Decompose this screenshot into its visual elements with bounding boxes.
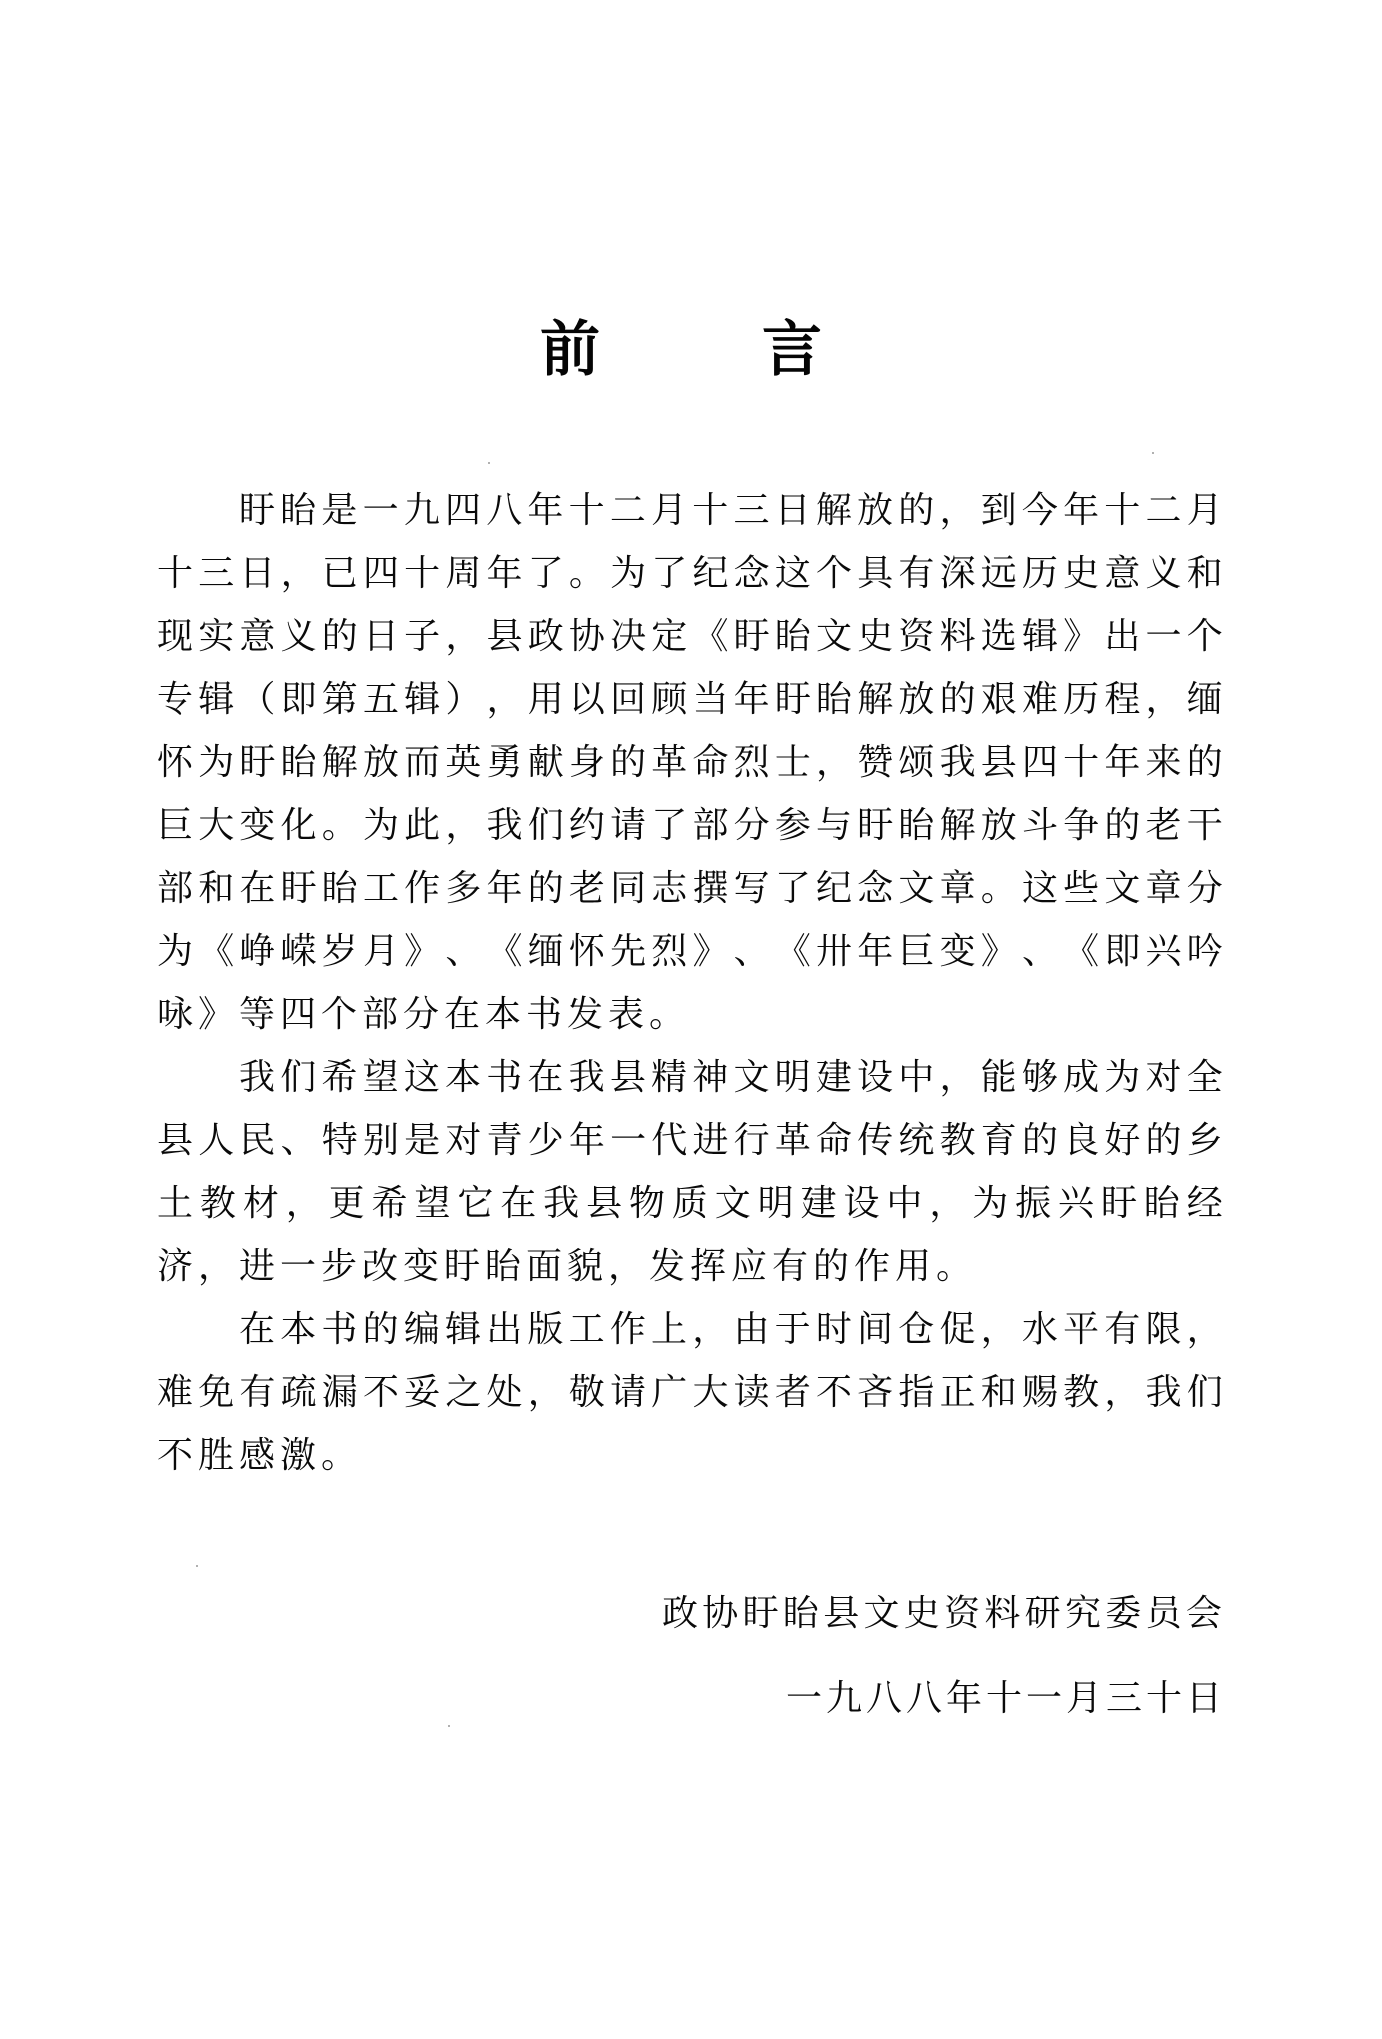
glyph: 四 xyxy=(445,485,481,548)
glyph: 工 xyxy=(569,1304,605,1367)
glyph: 在 xyxy=(239,863,275,926)
glyph: 历 xyxy=(1022,548,1058,611)
glyph: 中 xyxy=(886,1178,922,1241)
text-line: 县人民、特别是对青少年一代进行革命传统教育的良好的乡 xyxy=(157,1115,1223,1178)
glyph: 明 xyxy=(758,1178,794,1241)
glyph: 年 xyxy=(1063,485,1099,548)
glyph: 年 xyxy=(527,485,563,548)
glyph: 和 xyxy=(981,1367,1017,1430)
glyph: 解 xyxy=(322,737,358,800)
glyph: 为 xyxy=(157,926,193,989)
glyph: 十 xyxy=(1104,485,1140,548)
glyph: 步 xyxy=(321,1241,362,1304)
glyph: 。 xyxy=(936,1241,977,1304)
glyph: 们 xyxy=(528,800,564,863)
glyph: 、 xyxy=(734,926,770,989)
glyph: 史 xyxy=(857,611,893,674)
glyph: 的 xyxy=(363,1304,399,1367)
glyph: 此 xyxy=(404,800,440,863)
glyph: 身 xyxy=(569,737,605,800)
glyph: 意 xyxy=(239,611,275,674)
glyph: 当 xyxy=(692,674,728,737)
glyph: 颂 xyxy=(898,737,934,800)
glyph: ， xyxy=(528,1367,564,1430)
glyph: ， xyxy=(198,1241,239,1304)
glyph: 表 xyxy=(608,989,649,1052)
glyph: 十 xyxy=(569,485,605,548)
glyph: 一 xyxy=(610,1115,646,1178)
text-line: 现实意义的日子，县政协决定《盱眙文史资料选辑》出一个 xyxy=(157,611,1223,674)
glyph: 年 xyxy=(857,926,893,989)
glyph: 勇 xyxy=(487,737,523,800)
glyph: 第 xyxy=(322,674,358,737)
glyph: 日 xyxy=(363,611,399,674)
glyph: 《 xyxy=(198,926,234,989)
glyph: 这 xyxy=(404,1052,440,1115)
glyph: 盱 xyxy=(239,737,275,800)
glyph: 版 xyxy=(527,1304,563,1367)
glyph: 本 xyxy=(445,1052,481,1115)
glyph: 艰 xyxy=(981,674,1017,737)
glyph: 今 xyxy=(1022,485,1058,548)
glyph: 县 xyxy=(981,737,1017,800)
glyph: 指 xyxy=(898,1367,934,1430)
glyph: 三 xyxy=(733,485,769,548)
signature-date: 一九八八年十一月三十日 xyxy=(786,1673,1222,1725)
glyph: 的 xyxy=(610,737,646,800)
glyph: ， xyxy=(1104,1367,1140,1430)
glyph: 为 xyxy=(972,1178,1008,1241)
glyph: 一 xyxy=(1146,611,1182,674)
glyph: ） xyxy=(445,674,481,737)
glyph: 干 xyxy=(1187,800,1223,863)
glyph: 文 xyxy=(733,1052,769,1115)
glyph: 变 xyxy=(403,1241,444,1304)
glyph: 》 xyxy=(1063,611,1099,674)
glyph: 兴 xyxy=(1058,1178,1094,1241)
glyph: 文 xyxy=(898,863,934,926)
glyph: 眙 xyxy=(775,611,811,674)
glyph: 回 xyxy=(610,674,646,737)
glyph: 建 xyxy=(801,1178,837,1241)
text-line: 我们希望这本书在我县精神文明建设中，能够成为对全 xyxy=(157,1052,1223,1115)
glyph: 有 xyxy=(1104,1304,1140,1367)
glyph: 作 xyxy=(610,1304,646,1367)
glyph: 史 xyxy=(904,1588,940,1673)
glyph: 《 xyxy=(692,611,728,674)
glyph: 义 xyxy=(1146,548,1182,611)
glyph: 章 xyxy=(1146,863,1182,926)
glyph: 辑 xyxy=(404,674,440,737)
glyph: 我 xyxy=(940,737,976,800)
glyph: 化 xyxy=(281,800,317,863)
glyph: 九 xyxy=(404,485,440,548)
glyph: 文 xyxy=(863,1588,899,1673)
glyph: 十 xyxy=(157,548,193,611)
signature-block: 政协盱眙县文史资料研究委员会 一九八八年十一月三十日 xyxy=(662,1588,1222,1725)
glyph: 的 xyxy=(1022,1115,1058,1178)
scan-speck xyxy=(448,1725,450,1727)
glyph: 改 xyxy=(362,1241,403,1304)
glyph: 对 xyxy=(445,1115,481,1178)
glyph: 用 xyxy=(528,674,564,737)
glyph: 书 xyxy=(526,989,567,1052)
glyph: 变 xyxy=(239,800,275,863)
glyph: 会 xyxy=(1186,1588,1222,1673)
glyph: 《 xyxy=(775,926,811,989)
glyph: 的 xyxy=(940,674,976,737)
glyph: 不 xyxy=(816,1367,852,1430)
glyph: 妥 xyxy=(404,1367,440,1430)
glyph: 意 xyxy=(1104,548,1140,611)
glyph: 命 xyxy=(816,1115,852,1178)
glyph: 料 xyxy=(984,1588,1020,1673)
glyph: 在 xyxy=(239,1304,275,1367)
glyph: 协 xyxy=(702,1588,738,1673)
glyph: 少 xyxy=(528,1115,564,1178)
glyph: 这 xyxy=(1022,863,1058,926)
glyph: ， xyxy=(286,1178,322,1241)
glyph: 精 xyxy=(651,1052,687,1115)
glyph: 十 xyxy=(1146,1673,1182,1725)
glyph: 好 xyxy=(1104,1115,1140,1178)
glyph: 在 xyxy=(444,989,485,1052)
glyph: 育 xyxy=(981,1115,1017,1178)
glyph: 特 xyxy=(322,1115,358,1178)
glyph: 革 xyxy=(651,737,687,800)
glyph: 作 xyxy=(404,863,440,926)
glyph: 委 xyxy=(1105,1588,1141,1673)
text-line: 咏》等四个部分在本书发表。 xyxy=(157,989,1223,1052)
glyph: 九 xyxy=(826,1673,862,1725)
glyph: 斗 xyxy=(1022,800,1058,863)
glyph: 成 xyxy=(1063,1052,1099,1115)
glyph: 日 xyxy=(239,548,275,611)
glyph: 经 xyxy=(1187,1178,1223,1241)
glyph: 望 xyxy=(414,1178,450,1241)
text-line: 怀为盱眙解放而英勇献身的革命烈士，赞颂我县四十年来的 xyxy=(157,737,1223,800)
glyph: 编 xyxy=(404,1304,440,1367)
glyph: 代 xyxy=(651,1115,687,1178)
glyph: 一 xyxy=(786,1673,822,1725)
glyph: 分 xyxy=(1187,863,1223,926)
glyph: 义 xyxy=(281,611,317,674)
glyph: 和 xyxy=(1187,548,1223,611)
text-line: 盱眙是一九四八年十二月十三日解放的，到今年十二月 xyxy=(157,485,1223,548)
glyph: 实 xyxy=(198,611,234,674)
text-line: 在本书的编辑出版工作上，由于时间仓促，水平有限， xyxy=(157,1304,1223,1367)
glyph: 了 xyxy=(775,863,811,926)
glyph: 巨 xyxy=(157,800,193,863)
glyph: 资 xyxy=(944,1588,980,1673)
glyph: 年 xyxy=(487,548,523,611)
glyph: 》 xyxy=(198,989,239,1052)
glyph: 。 xyxy=(569,548,605,611)
glyph: 革 xyxy=(775,1115,811,1178)
glyph: 部 xyxy=(692,800,728,863)
glyph: 协 xyxy=(569,611,605,674)
glyph: 书 xyxy=(486,1052,522,1115)
glyph: 处 xyxy=(487,1367,523,1430)
glyph: 难 xyxy=(157,1367,193,1430)
glyph: 顾 xyxy=(651,674,687,737)
paragraph-3: 在本书的编辑出版工作上，由于时间仓促，水平有限， 难免有疏漏不妥之处，敬请广大读… xyxy=(157,1304,1223,1493)
glyph: 统 xyxy=(898,1115,934,1178)
glyph: 盱 xyxy=(239,485,275,548)
glyph: 眙 xyxy=(281,737,317,800)
glyph: 土 xyxy=(157,1178,193,1241)
glyph: 出 xyxy=(1104,611,1140,674)
glyph: 英 xyxy=(445,737,481,800)
glyph: 远 xyxy=(981,548,1017,611)
glyph: 争 xyxy=(1063,800,1099,863)
glyph: 县 xyxy=(487,611,523,674)
glyph: 写 xyxy=(734,863,770,926)
glyph: 为 xyxy=(610,548,646,611)
glyph: 进 xyxy=(692,1115,728,1178)
glyph: 辑 xyxy=(198,674,234,737)
glyph: 放 xyxy=(981,800,1017,863)
glyph: 疏 xyxy=(281,1367,317,1430)
glyph: 更 xyxy=(329,1178,365,1241)
glyph: 参 xyxy=(775,800,811,863)
glyph: 时 xyxy=(816,1304,852,1367)
glyph: 书 xyxy=(321,1304,357,1367)
glyph: 》 xyxy=(404,926,440,989)
glyph: 眙 xyxy=(280,485,316,548)
glyph: 济 xyxy=(157,1241,198,1304)
glyph: 即 xyxy=(281,674,317,737)
scan-speck xyxy=(488,462,490,464)
glyph: 政 xyxy=(528,611,564,674)
glyph: ， xyxy=(608,1241,649,1304)
glyph: ， xyxy=(939,485,975,548)
glyph: 五 xyxy=(363,674,399,737)
glyph: 限 xyxy=(1145,1304,1181,1367)
glyph: 眙 xyxy=(322,863,358,926)
glyph: 民 xyxy=(239,1115,275,1178)
glyph: 、 xyxy=(1022,926,1058,989)
glyph: 四 xyxy=(363,548,399,611)
glyph: 纪 xyxy=(816,863,852,926)
glyph: 四 xyxy=(280,989,321,1052)
glyph: 三 xyxy=(198,548,234,611)
glyph: 一 xyxy=(280,1241,321,1304)
glyph: 盱 xyxy=(444,1241,485,1304)
glyph: 缅 xyxy=(528,926,564,989)
glyph: 有 xyxy=(239,1367,275,1430)
glyph: 中 xyxy=(898,1052,934,1115)
glyph: ， xyxy=(929,1178,965,1241)
glyph: 们 xyxy=(1187,1367,1223,1430)
glyph: ， xyxy=(1146,674,1182,737)
glyph: 研 xyxy=(1025,1588,1061,1673)
paragraph-1: 盱眙是一九四八年十二月十三日解放的，到今年十二月 十三日，已四十周年了。为了纪念… xyxy=(157,485,1223,1052)
glyph: 盱 xyxy=(857,800,893,863)
glyph: 设 xyxy=(844,1178,880,1241)
glyph: 盱 xyxy=(281,863,317,926)
glyph: 们 xyxy=(280,1052,316,1115)
glyph: 放 xyxy=(898,674,934,737)
glyph: 敬 xyxy=(569,1367,605,1430)
glyph: 为 xyxy=(363,800,399,863)
glyph: 一 xyxy=(363,485,399,548)
glyph: 吝 xyxy=(857,1367,893,1430)
glyph: 平 xyxy=(1063,1304,1099,1367)
glyph: 由 xyxy=(733,1304,769,1367)
text-line: 巨大变化。为此，我们约请了部分参与盱眙解放斗争的老干 xyxy=(157,800,1223,863)
glyph: 眙 xyxy=(783,1588,819,1673)
glyph: 教 xyxy=(200,1178,236,1241)
glyph: 卅 xyxy=(816,926,852,989)
glyph: 人 xyxy=(198,1115,234,1178)
glyph: 月 xyxy=(1066,1673,1102,1725)
glyph: 免 xyxy=(198,1367,234,1430)
glyph: 岁 xyxy=(322,926,358,989)
glyph: 八 xyxy=(486,485,522,548)
glyph: 月 xyxy=(1187,485,1223,548)
glyph: 别 xyxy=(363,1115,399,1178)
glyph: 巨 xyxy=(898,926,934,989)
glyph: 希 xyxy=(372,1178,408,1241)
glyph: 而 xyxy=(404,737,440,800)
glyph: 貌 xyxy=(567,1241,608,1304)
glyph: 了 xyxy=(651,548,687,611)
glyph: 眙 xyxy=(898,800,934,863)
glyph: 专 xyxy=(157,674,193,737)
glyph: 烈 xyxy=(734,737,770,800)
glyph: ， xyxy=(816,737,852,800)
glyph: 感 xyxy=(239,1430,280,1493)
glyph: （ xyxy=(239,674,275,737)
glyph: ， xyxy=(445,800,481,863)
glyph: 撰 xyxy=(692,863,728,926)
glyph: 具 xyxy=(857,548,893,611)
glyph: 日 xyxy=(1186,1673,1222,1725)
scan-speck xyxy=(196,1565,198,1567)
document-page: 前 言 盱眙是一九四八年十二月十三日解放的，到今年十二月 十三日，已四十周年了。… xyxy=(0,0,1382,2039)
glyph: 志 xyxy=(651,863,687,926)
glyph: 应 xyxy=(731,1241,772,1304)
glyph: 分 xyxy=(734,800,770,863)
glyph: 年 xyxy=(946,1673,982,1725)
glyph: 部 xyxy=(157,863,193,926)
glyph: 我 xyxy=(543,1178,579,1241)
glyph: 盱 xyxy=(1101,1178,1137,1241)
glyph: 放 xyxy=(857,485,893,548)
glyph: 来 xyxy=(1146,737,1182,800)
glyph: 文 xyxy=(1104,863,1140,926)
glyph: 已 xyxy=(322,548,358,611)
glyph: 员 xyxy=(1146,1588,1182,1673)
glyph: 吟 xyxy=(1187,926,1223,989)
glyph: 本 xyxy=(485,989,526,1052)
glyph: 全 xyxy=(1187,1052,1223,1115)
glyph: 文 xyxy=(816,611,852,674)
glyph: 盱 xyxy=(775,674,811,737)
glyph: 眙 xyxy=(1144,1178,1180,1241)
glyph: 定 xyxy=(651,611,687,674)
glyph: 《 xyxy=(1063,926,1099,989)
glyph: 的 xyxy=(1146,1115,1182,1178)
glyph: 到 xyxy=(981,485,1017,548)
glyph: 月 xyxy=(651,485,687,548)
glyph: 这 xyxy=(775,548,811,611)
glyph: 赐 xyxy=(1022,1367,1058,1430)
glyph: 缅 xyxy=(1187,674,1223,737)
glyph: ， xyxy=(981,1304,1017,1367)
glyph: 纪 xyxy=(692,548,728,611)
glyph: 了 xyxy=(651,800,687,863)
glyph: 之 xyxy=(445,1367,481,1430)
glyph: 等 xyxy=(239,989,280,1052)
glyph: ， xyxy=(281,548,317,611)
glyph: 眙 xyxy=(485,1241,526,1304)
glyph: 四 xyxy=(1022,737,1058,800)
glyph: 一 xyxy=(1026,1673,1062,1725)
glyph: 行 xyxy=(734,1115,770,1178)
glyph: 间 xyxy=(857,1304,893,1367)
glyph: 辑 xyxy=(445,1304,481,1367)
glyph: 物 xyxy=(629,1178,665,1241)
glyph: 大 xyxy=(692,1367,728,1430)
preface-body: 盱眙是一九四八年十二月十三日解放的，到今年十二月 十三日，已四十周年了。为了纪念… xyxy=(157,485,1223,1493)
glyph: 同 xyxy=(610,863,646,926)
text-line: 部和在盱眙工作多年的老同志撰写了纪念文章。这些文章分 xyxy=(157,863,1223,926)
glyph: 怀 xyxy=(569,926,605,989)
text-line: 济，进一步改变盱眙面貌，发挥应有的作用。 xyxy=(157,1241,1223,1304)
glyph: 二 xyxy=(610,485,646,548)
glyph: 不 xyxy=(157,1430,198,1493)
text-line: 不胜感激。 xyxy=(157,1430,1223,1493)
glyph: 。 xyxy=(981,863,1017,926)
glyph: 面 xyxy=(526,1241,567,1304)
glyph: 出 xyxy=(486,1304,522,1367)
glyph: 现 xyxy=(157,611,193,674)
glyph: 以 xyxy=(569,674,605,737)
glyph: 在 xyxy=(527,1052,563,1115)
page-title: 前 言 xyxy=(540,312,822,388)
glyph: 十 xyxy=(692,485,728,548)
glyph: ， xyxy=(939,1052,975,1115)
glyph: 十 xyxy=(1063,737,1099,800)
glyph: 眙 xyxy=(816,674,852,737)
glyph: 八 xyxy=(866,1673,902,1725)
glyph: 和 xyxy=(198,863,234,926)
glyph: 乡 xyxy=(1187,1115,1223,1178)
glyph: 传 xyxy=(857,1115,893,1178)
glyph: 漏 xyxy=(322,1367,358,1430)
glyph: 即 xyxy=(1104,926,1140,989)
glyph: 盱 xyxy=(743,1588,779,1673)
glyph: 辑 xyxy=(1022,611,1058,674)
glyph: 》 xyxy=(692,926,728,989)
glyph: 本 xyxy=(280,1304,316,1367)
glyph: 文 xyxy=(715,1178,751,1241)
glyph: 县 xyxy=(157,1115,193,1178)
glyph: 念 xyxy=(857,863,893,926)
glyph: ， xyxy=(692,1304,728,1367)
glyph: 的 xyxy=(813,1241,854,1304)
glyph: 。 xyxy=(321,1430,362,1493)
signature-organization: 政协盱眙县文史资料研究委员会 xyxy=(662,1588,1222,1673)
glyph: 质 xyxy=(672,1178,708,1241)
glyph: 个 xyxy=(816,548,852,611)
glyph: 个 xyxy=(1187,611,1223,674)
glyph: 料 xyxy=(940,611,976,674)
glyph: 不 xyxy=(363,1367,399,1430)
paragraph-2: 我们希望这本书在我县精神文明建设中，能够成为对全 县人民、特别是对青少年一代进行… xyxy=(157,1052,1223,1304)
